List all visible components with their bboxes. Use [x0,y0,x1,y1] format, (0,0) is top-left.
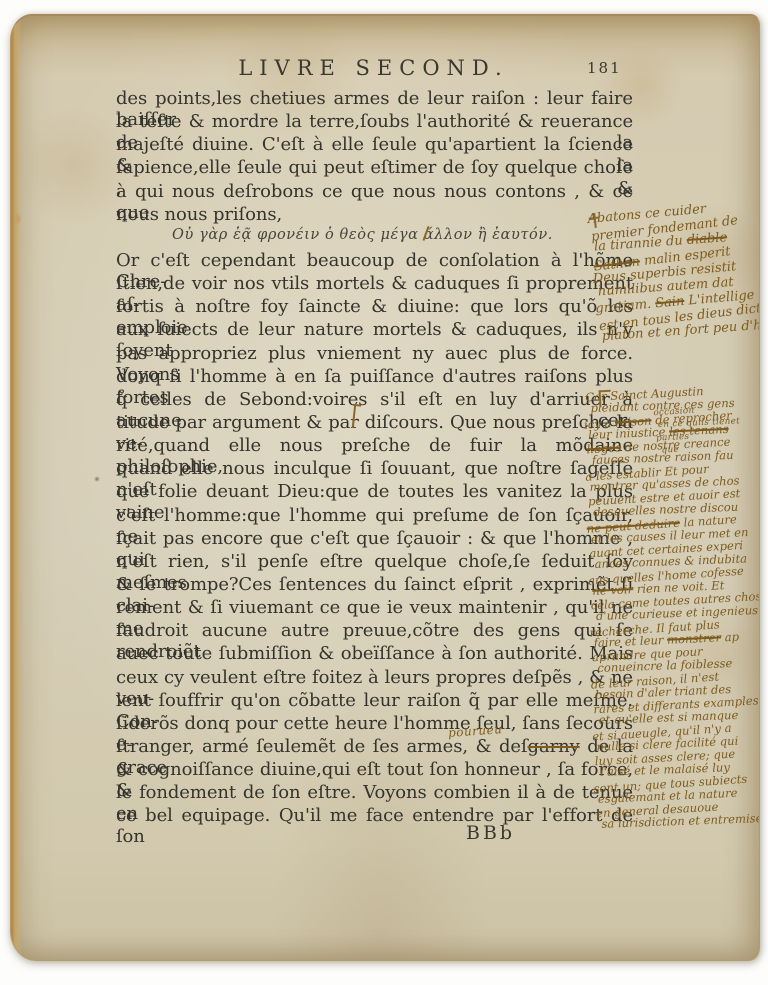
printed-line: que folie deuant Dieu:que de toutes les … [116,481,633,504]
annotation-segment: de reprocher [651,408,732,427]
interlined-annotation-word: parties [656,431,690,446]
printed-text-block: des points,les chetiues armes de leur ra… [116,88,633,829]
printed-line: auec toute ſubmiſſion & obeïſſance à ſon… [116,643,633,666]
greek-quotation: Οὐ γὰρ ἐᾷ φρονέιν ὁ θεὸς μέγα ἄλλον ἢ ἑα… [116,227,633,250]
printed-line: & cognoiſſance diuine,qui eſt tout ſon h… [116,759,633,782]
deckle-edge [11,16,22,960]
printed-line: titude par argument & par diſcours. Que … [116,412,633,435]
printed-line: nous nous priſons, [116,204,633,227]
printed-line: donq ſi l'homme à en ſa puiſſance d'autr… [116,366,633,389]
printed-line: quand elle nous inculque ſi ſouuant, que… [116,458,633,481]
interlined-annotation-word: que [661,444,679,458]
printed-line: des points,les chetiues armes de leur ra… [116,88,633,111]
annotation-segment: de nostre creance [621,435,731,455]
printed-line: à qui nous deſrobons ce que nous nous co… [116,181,633,204]
printed-line: n'eſt rien, s'il penſe eſtre quelque cho… [116,551,633,574]
printed-line-with-correction: ſtranger, armé ſeulemẽt de ſes armes, & … [116,736,633,759]
printed-line: & ſe trompe?Ces ſentences du ſainct eſpr… [116,574,633,597]
struck-annotation-word: diable [686,230,727,248]
printed-line: majeſté diuine. C'eſt à elle ſeule qu'ap… [116,134,633,157]
annotation-segment: la nature [680,512,738,530]
printed-line: ce bel equipage. Qu'il me face entendre … [116,805,633,828]
struck-annotation-word: les tenans [669,422,729,439]
scan-background: { "colors":{ "paper":"#d5cdb6", "print_i… [0,0,768,985]
interlined-annotation-word: occasion [653,405,695,421]
annotation-segment: ap [721,630,740,645]
struck-printed-word: garny [528,736,580,757]
annotation-segment: nostre raison fau [633,448,734,466]
printed-line: rement & ſi viuemant ce que ie veux main… [116,597,633,620]
printed-line: pas appropriez plus vniement ny auec plu… [116,343,633,366]
struck-annotation-word: Sain [655,294,685,311]
printed-line: ſiderõs donq pour cette heure l'homme ſe… [116,713,633,736]
page-number: 181 [587,59,622,77]
printed-line: le fondement de ſon eſtre. Voyons combie… [116,782,633,805]
annotation-segment: L'intellige [684,288,755,309]
printed-segment: ſtranger, armé ſeulemẽt de ſes armes, & … [116,736,528,757]
printed-line: ſapience,elle ſeule qui peut eſtimer de … [116,157,633,180]
annotation-segment: rien ne voit. Et [633,578,725,596]
printed-line: aux ſuiects de leur nature mortels & cad… [116,319,633,342]
struck-annotation-word: monstrer [667,630,722,646]
printed-line: lent ſouffrir qu'on cõbatte leur raiſon … [116,690,633,713]
printed-line: q̃ celles de Sebond:voires s'il eſt en l… [116,389,633,412]
signature-mark: BBb [466,822,515,844]
printed-line: la teſte & mordre la terre,ſoubs l'autho… [116,111,633,134]
running-title: LIVRE SECOND. [116,56,631,80]
printed-line: rité,quand elle nous preſche de fuir la … [116,435,633,458]
printed-line: ceux cy veulent eſtre foitez à leurs pro… [116,667,633,690]
annotation-segment: malin esperit [639,244,731,269]
printed-line: faudroit aucune autre preuue,cõtre des g… [116,620,633,643]
printed-line: Or c'eſt cependant beaucoup de conſolati… [116,250,633,273]
interlined-annotation-word: en ce quils tienet [658,415,741,432]
printed-line: ſortis à noſtre foy ſaincte & diuine: qu… [116,296,633,319]
book-page: LIVRE SECOND. 181 des points,les chetiue… [10,14,760,961]
printed-line: ſtien,de voir nos vtils mortels & caduqu… [116,273,633,296]
printed-line: c'eſt l'homme:que l'homme qui preſume de… [116,505,633,528]
printed-line: ſçait pas encore que c'eſt que ſçauoir :… [116,528,633,551]
